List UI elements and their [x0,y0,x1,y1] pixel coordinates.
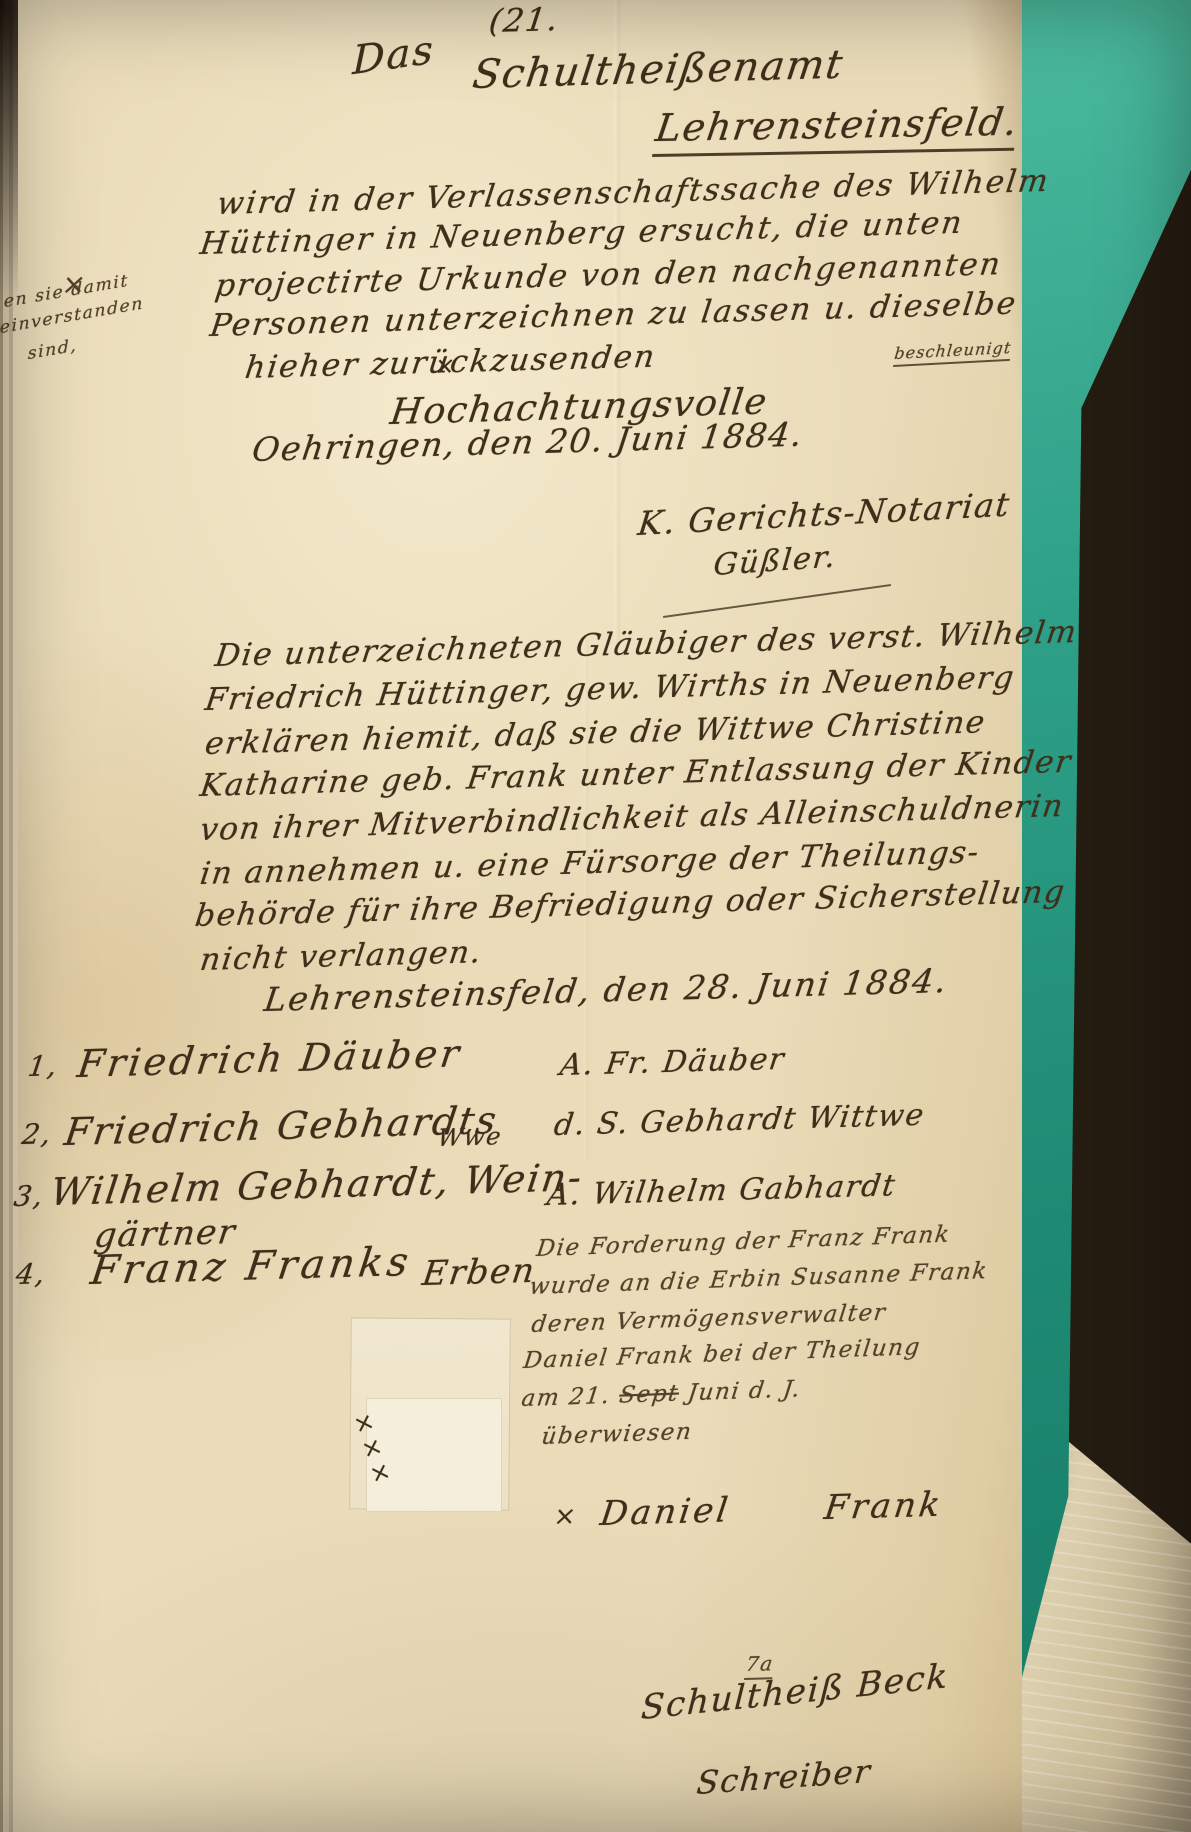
franks-note-struck-word: Sept [618,1381,681,1409]
page-number: (21. [487,0,562,40]
signatory-2-suffix: Wwe [436,1122,504,1152]
signatory-1-number: 1, [26,1049,60,1083]
franks-note-line-6: überwiesen [540,1419,694,1450]
signatory-1-signature: A. Fr. Däuber [558,1042,787,1083]
signatory-4-number: 4, [14,1257,48,1291]
signatory-4-suffix: Erben [420,1251,538,1294]
signatory-3-number: 3, [12,1179,46,1213]
franks-note-date-post: Juni d. J. [686,1376,802,1406]
archival-photo: (21. Das Schultheißenamt Lehrensteinsfel… [0,0,1191,1832]
signatory-2-number: 2, [20,1117,54,1151]
signatory-4-name: Franz Franks [88,1239,415,1294]
franks-note-date-pre: am 21. [520,1383,612,1412]
header-place: Lehrensteinsfeld. [652,100,1021,157]
attestation-mark: × [552,1501,579,1532]
insertion-caret: × [433,351,458,380]
attestation-last-name: Frank [822,1485,945,1528]
attestation-first-name: Daniel [598,1490,733,1534]
